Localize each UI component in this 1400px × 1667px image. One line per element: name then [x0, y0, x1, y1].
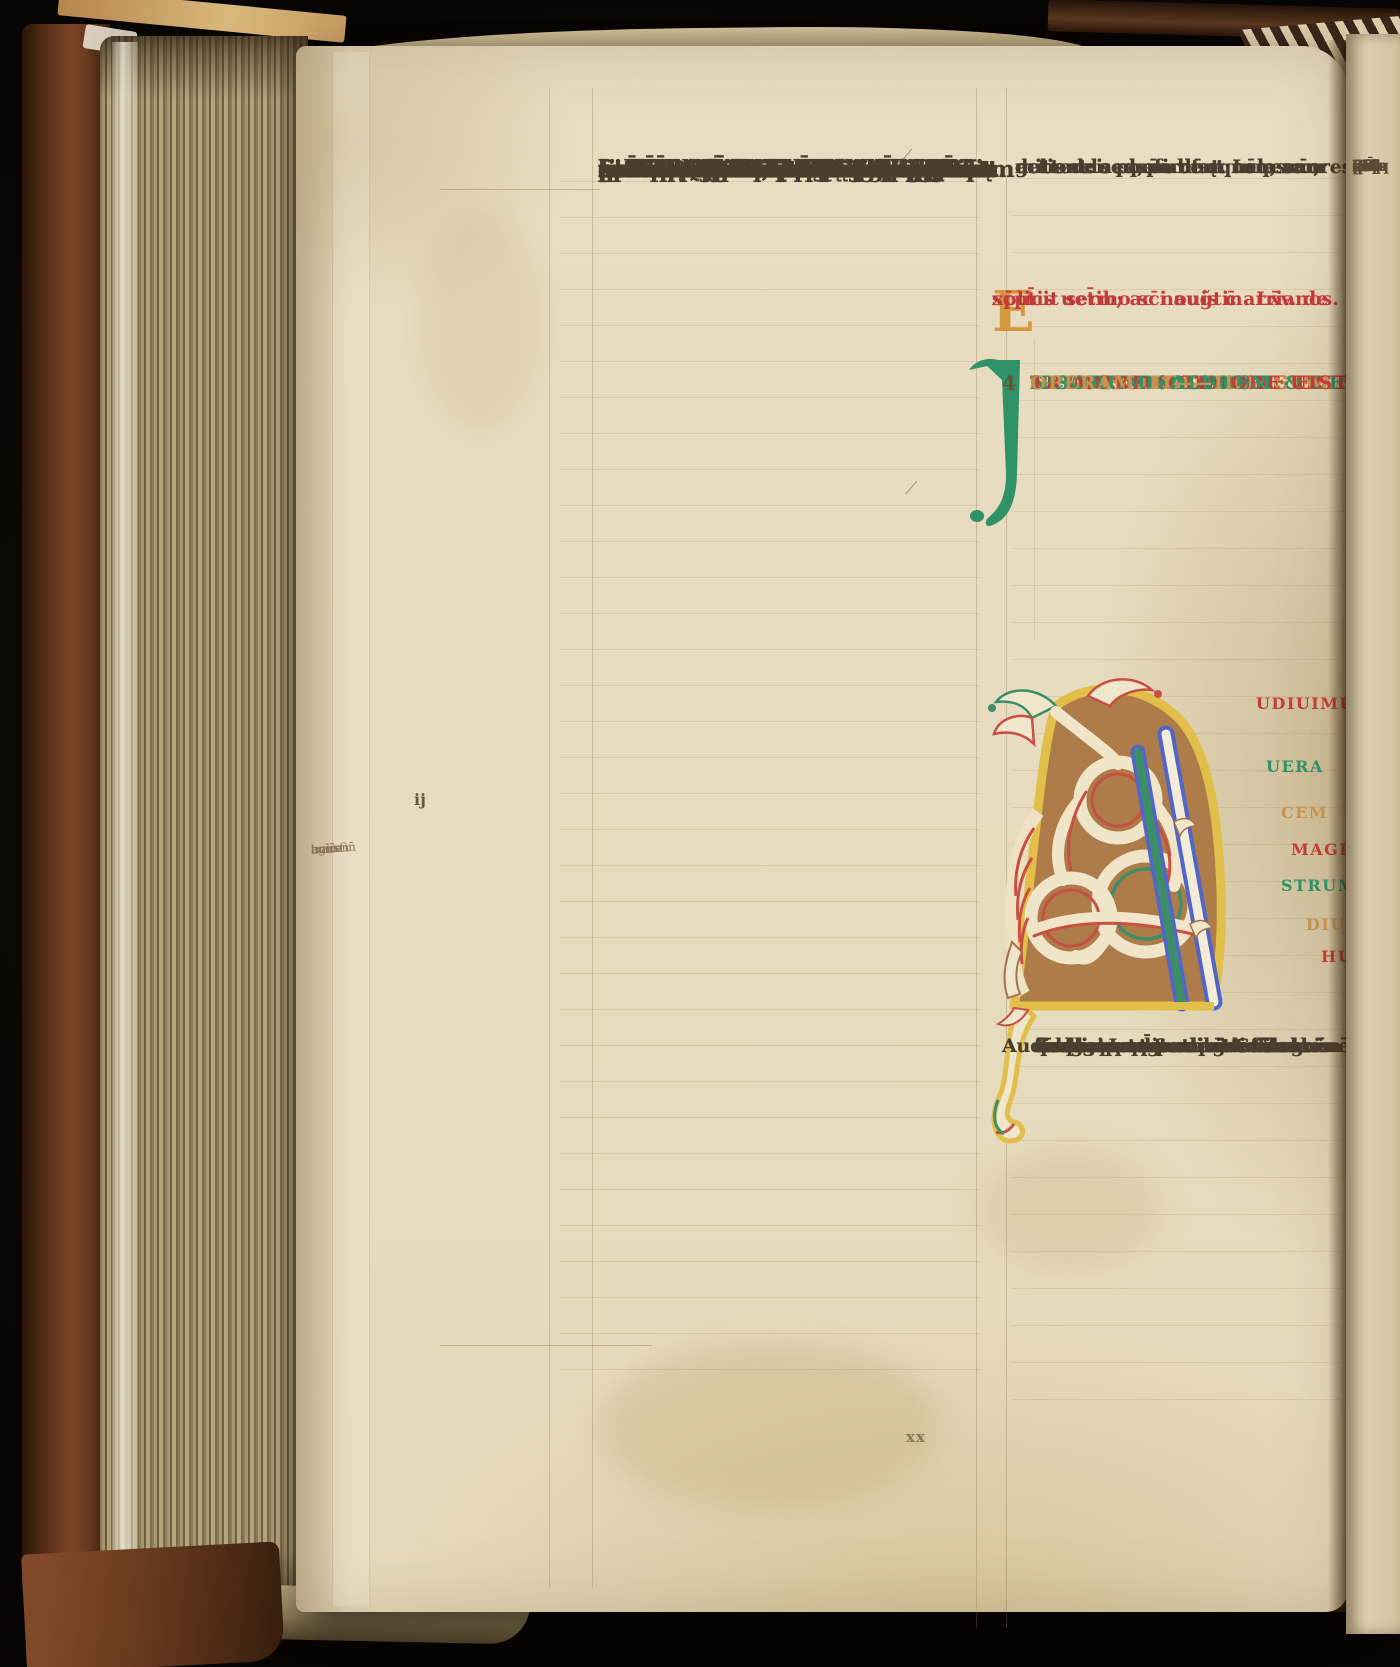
ruling-horizontal: [440, 189, 600, 190]
quill-mark: ⟋: [905, 478, 918, 499]
facing-page-text: rūalt̄q̄ dcūnōsupderē cfidcorp̄odn̄iut i…: [1352, 149, 1400, 152]
gloss-line: urn̄i: [310, 837, 337, 861]
ruling-left-column: [560, 181, 980, 1397]
manuscript-line: fc̄ quam qd̄ audiunt: Cum: [1034, 1028, 1301, 1065]
leather-cover-left: [22, 24, 110, 1602]
leather-cover-bottom: [21, 1541, 285, 1667]
ruling-vertical: [592, 88, 593, 1588]
quire-mark: ij: [414, 790, 426, 809]
signature-mark: xx: [906, 1428, 926, 1446]
rubric-line: sc̄pt̄is uet̄ib; ac nouis c̄ arrianos.: [992, 282, 1339, 316]
gutter-crease: [1328, 40, 1348, 1612]
tissue-guard-strip: [112, 42, 138, 1602]
parchment-stain: [420, 210, 540, 430]
illuminated-initial-A: [968, 672, 1253, 1167]
facing-page-sliver: rūalt̄q̄ dcūnōsupderē cfidcorp̄odn̄iut i…: [1346, 34, 1400, 1634]
quill-mark: ⟋: [900, 146, 913, 167]
ruling-horizontal: [440, 1345, 652, 1346]
ruling-vertical: [549, 88, 550, 1588]
initial-I: [966, 356, 1030, 532]
tironian-note: 4: [1002, 364, 1016, 402]
incipit-text: OPERAM. II——II.: [1030, 364, 1243, 402]
manuscript-line: gelis dei. p xp̄o dn̄m nr̄m am̄;: [1015, 150, 1320, 186]
tissue-shadow-band: [332, 52, 370, 1606]
book-photo: apl̄o. O altitudo diuitiarum sapientię &…: [0, 0, 1400, 1667]
facing-page-line: lis: [1352, 151, 1372, 181]
